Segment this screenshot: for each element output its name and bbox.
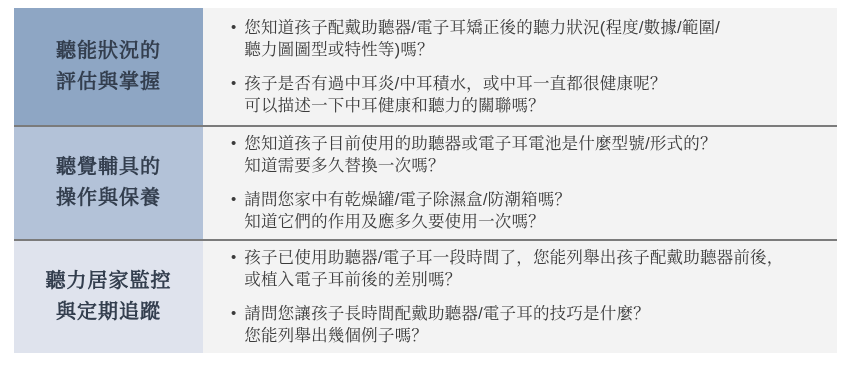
page-canvas: 聽能狀況的 評估與掌握•您知道孩子配戴助聽器/電子耳矯正後的聽力狀況(程度/數據… [0,0,841,366]
bullet-text: 請問您讓孩子長時間配戴助聽器/電子耳的技巧是什麼？ 您能列舉出幾個例子嗎？ [244,303,650,347]
row-header: 聽覺輔具的 操作與保養 [14,127,203,239]
bullet-text: 孩子是否有過中耳炎/中耳積水，或中耳一直都很健康呢？ 可以描述一下中耳健康和聽力… [244,73,666,117]
bullet-icon: • [231,73,236,95]
row-header-label: 聽力居家監控 與定期追蹤 [46,266,172,328]
row-header-label: 聽覺輔具的 操作與保養 [56,152,161,214]
row-header: 聽力居家監控 與定期追蹤 [14,241,203,353]
table-row: 聽覺輔具的 操作與保養•您知道孩子目前使用的助聽器或電子耳電池是什麼型號/形式的… [14,127,837,241]
table-row: 聽力居家監控 與定期追蹤•孩子已使用助聽器/電子耳一段時間了，您能列舉出孩子配戴… [14,241,837,353]
bullet-icon: • [231,133,236,155]
bullet-item: •請問您讓孩子長時間配戴助聽器/電子耳的技巧是什麼？ 您能列舉出幾個例子嗎？ [231,303,827,347]
bullet-icon: • [231,303,236,325]
category-table: 聽能狀況的 評估與掌握•您知道孩子配戴助聽器/電子耳矯正後的聽力狀況(程度/數據… [14,8,837,353]
bullet-text: 請問您家中有乾燥罐/電子除濕盒/防潮箱嗎？ 知道它們的作用及應多久要使用一次嗎？ [244,189,571,233]
row-header: 聽能狀況的 評估與掌握 [14,8,203,125]
table-row: 聽能狀況的 評估與掌握•您知道孩子配戴助聽器/電子耳矯正後的聽力狀況(程度/數據… [14,8,837,127]
bullet-list: •您知道孩子配戴助聽器/電子耳矯正後的聽力狀況(程度/數據/範圍/ 聽力圖圖型或… [203,8,837,125]
bullet-item: •請問您家中有乾燥罐/電子除濕盒/防潮箱嗎？ 知道它們的作用及應多久要使用一次嗎… [231,189,827,233]
bullet-text: 您知道孩子目前使用的助聽器或電子耳電池是什麼型號/形式的？ 知道需要多久替換一次… [244,133,716,177]
bullet-item: •您知道孩子配戴助聽器/電子耳矯正後的聽力狀況(程度/數據/範圍/ 聽力圖圖型或… [231,17,827,61]
bullet-list: •孩子已使用助聽器/電子耳一段時間了，您能列舉出孩子配戴助聽器前後， 或植入電子… [203,241,837,353]
bullet-item: •您知道孩子目前使用的助聽器或電子耳電池是什麼型號/形式的？ 知道需要多久替換一… [231,133,827,177]
bullet-item: •孩子已使用助聽器/電子耳一段時間了，您能列舉出孩子配戴助聽器前後， 或植入電子… [231,247,827,291]
bullet-icon: • [231,189,236,211]
row-header-label: 聽能狀況的 評估與掌握 [56,36,161,98]
bullet-item: •孩子是否有過中耳炎/中耳積水，或中耳一直都很健康呢？ 可以描述一下中耳健康和聽… [231,73,827,117]
bullet-text: 您知道孩子配戴助聽器/電子耳矯正後的聽力狀況(程度/數據/範圍/ 聽力圖圖型或特… [244,17,720,61]
bullet-list: •您知道孩子目前使用的助聽器或電子耳電池是什麼型號/形式的？ 知道需要多久替換一… [203,127,837,239]
bullet-icon: • [231,247,236,269]
bullet-text: 孩子已使用助聽器/電子耳一段時間了，您能列舉出孩子配戴助聽器前後， 或植入電子耳… [244,247,783,291]
bullet-icon: • [231,17,236,39]
